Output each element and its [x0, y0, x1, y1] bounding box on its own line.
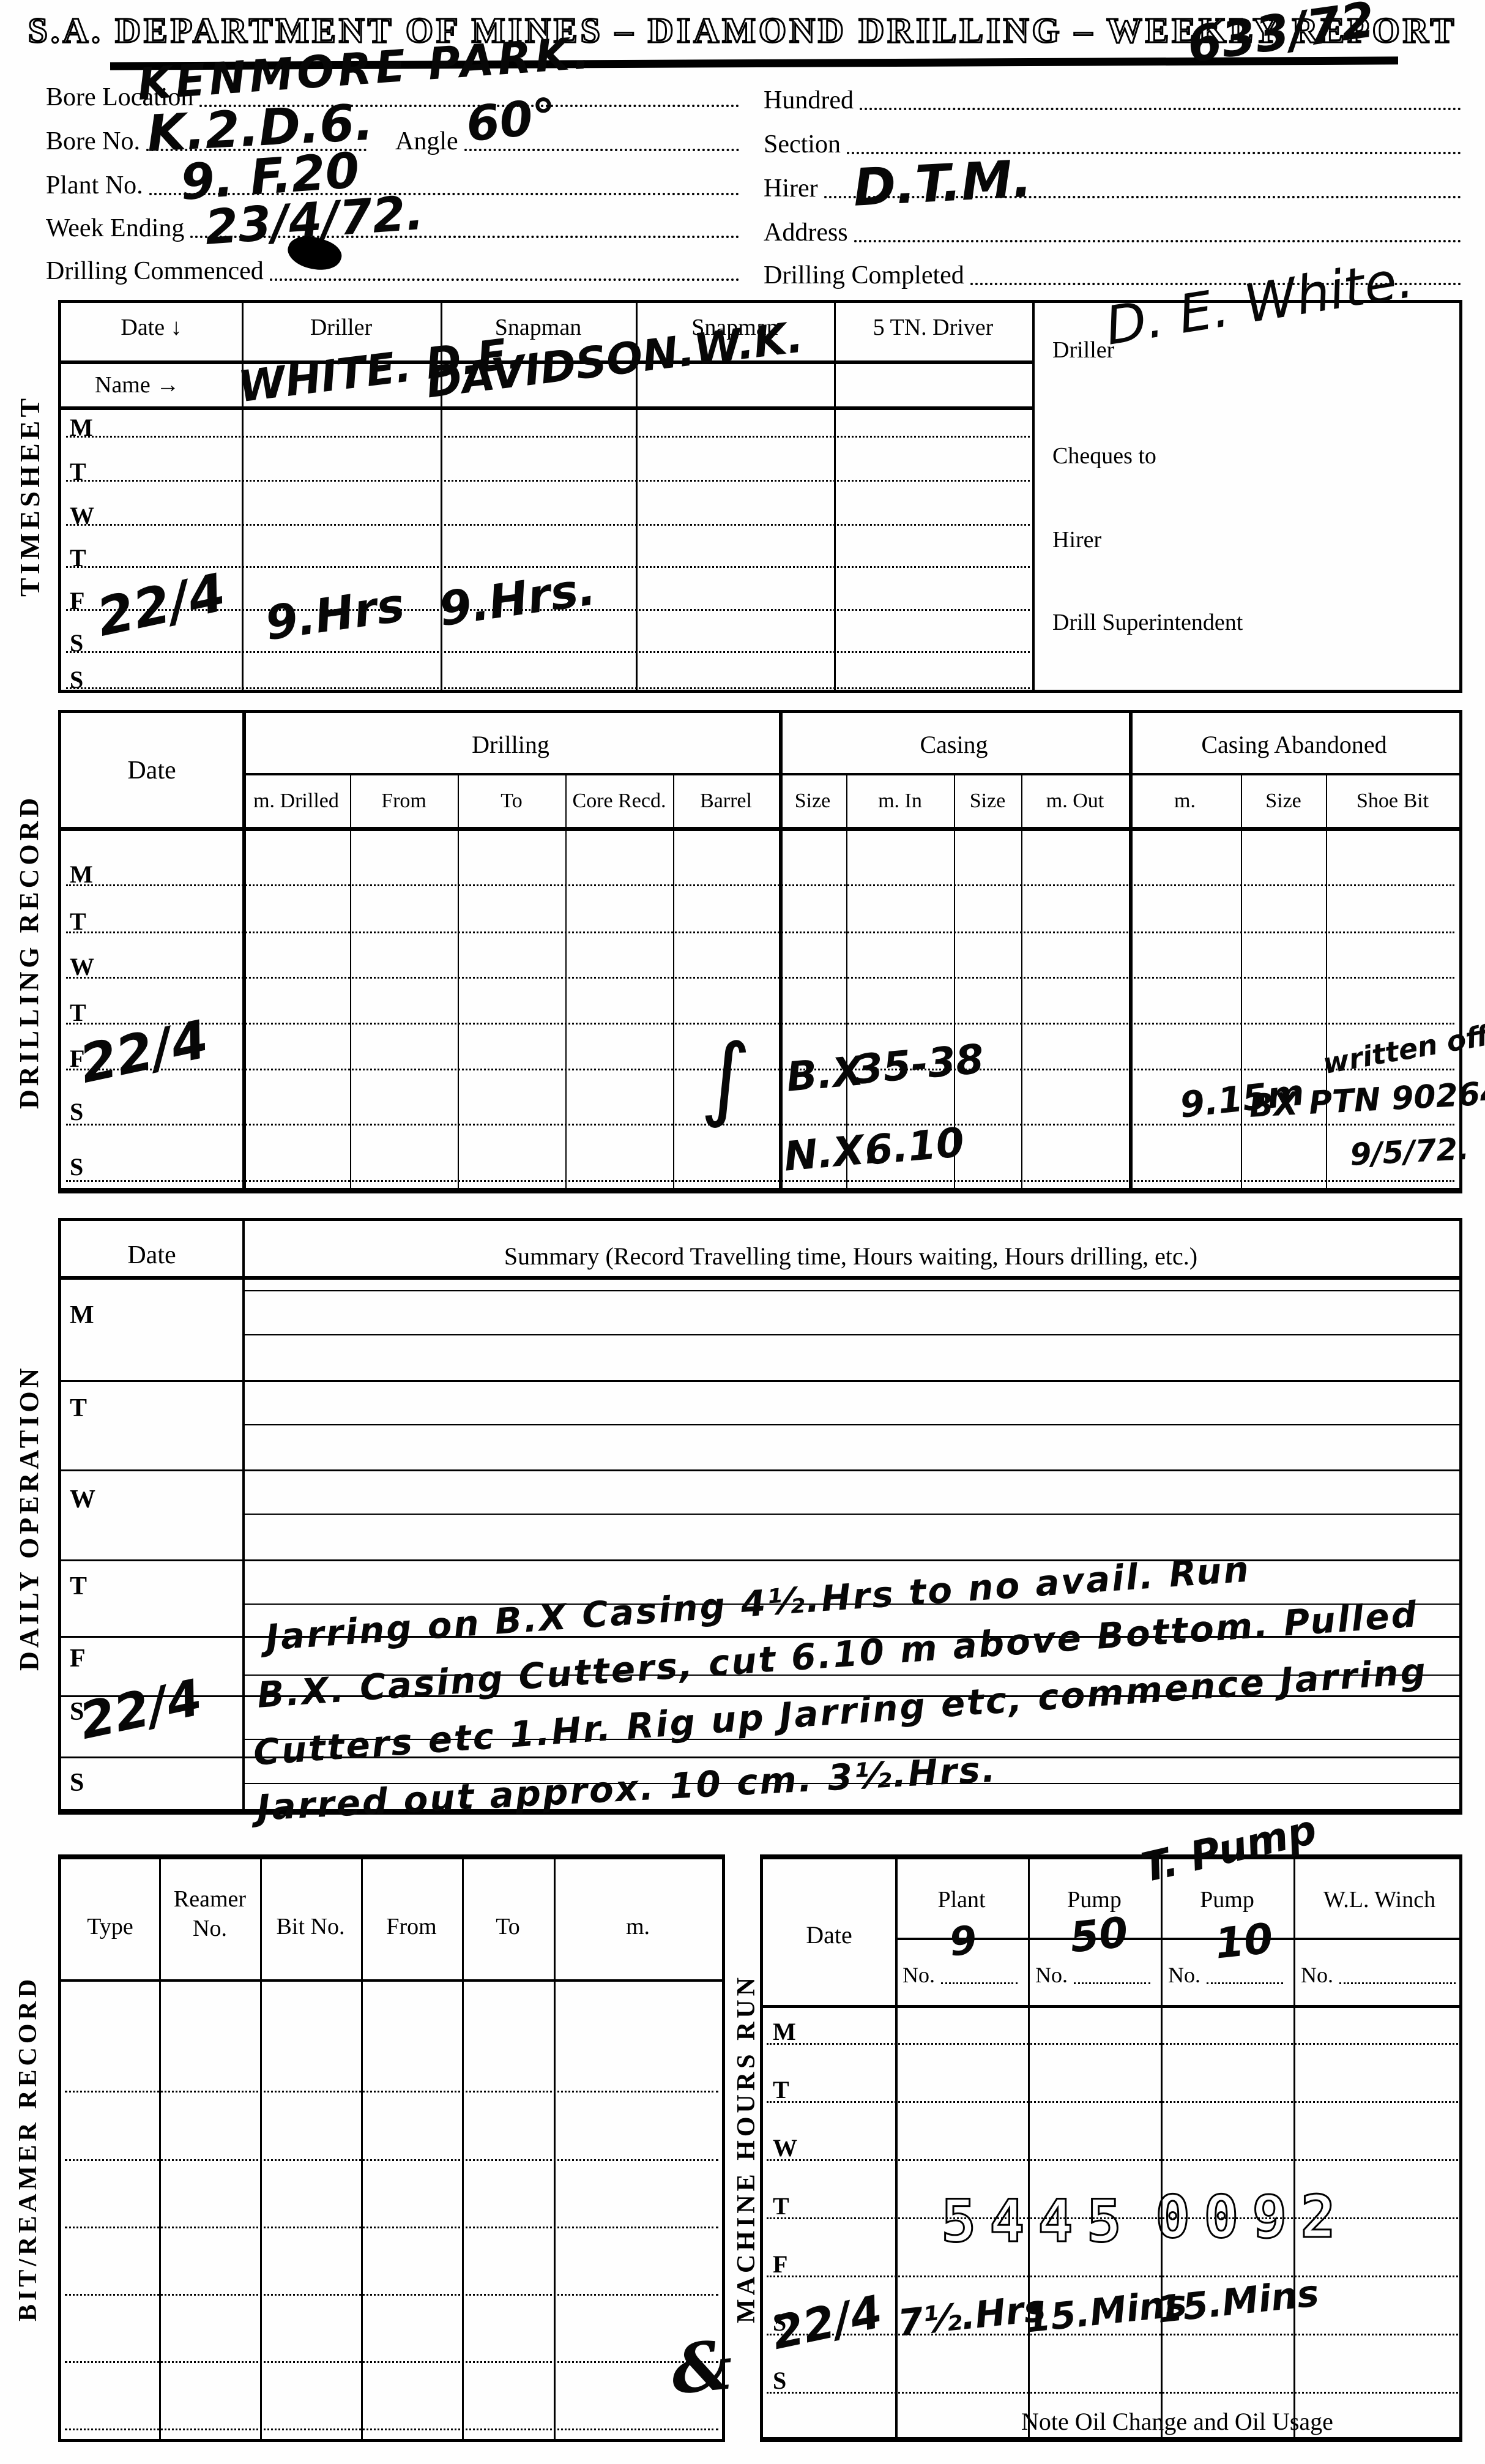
row-line	[767, 2392, 1462, 2394]
divider	[350, 773, 351, 1188]
handwritten-abandoned-date: 9/5/72.	[1349, 1131, 1470, 1173]
drilling-col-m-drilled: m. Drilled	[242, 790, 350, 813]
day-label: W	[773, 2134, 797, 2162]
row-line	[66, 436, 1030, 438]
handwritten-angle: 60°	[464, 89, 559, 153]
drilling-col-from: From	[350, 790, 458, 813]
day-label: M	[70, 860, 93, 889]
daily-operation-section-label: DAILY OPERATION	[13, 1340, 45, 1695]
drilling-record-section-label: DRILLING RECORD	[13, 753, 45, 1151]
day-label: F	[70, 1644, 86, 1673]
panel-hirer-label: Hirer	[1052, 526, 1101, 553]
no-label: No.	[1168, 1962, 1200, 1988]
machine-hours-section-label: MACHINE HOURS RUN	[732, 1928, 761, 2369]
drilling-col-ab-size: Size	[1241, 790, 1326, 813]
divider	[61, 827, 1459, 831]
divider	[462, 1859, 464, 2439]
rule-line	[61, 1380, 1459, 1382]
panel-superintendent-label: Drill Superintendent	[1052, 609, 1243, 636]
row-line	[66, 651, 1030, 653]
divider	[361, 1859, 363, 2439]
day-label: T	[70, 998, 86, 1027]
drilling-commenced-label: Drilling Commenced	[46, 256, 264, 286]
field-address: Address	[764, 218, 1462, 247]
week-ending-label: Week Ending	[46, 214, 184, 243]
divider	[61, 1276, 1459, 1280]
pen-stroke-mark: ∫	[699, 1023, 753, 1132]
machine-hours-col-pump: Pump	[1028, 1886, 1161, 1913]
divider	[1161, 1859, 1163, 2437]
divider	[673, 773, 674, 1188]
machine-hours-col-date: Date	[763, 1921, 895, 1949]
row-line	[65, 2159, 718, 2161]
drilling-group-casing: Casing	[779, 730, 1129, 759]
drilling-col-to: To	[458, 790, 565, 813]
hour-meter-stamp-t-pump: 0092	[1155, 2184, 1349, 2251]
divider	[61, 1979, 722, 1982]
timesheet-section-label: TIMESHEET	[13, 343, 46, 649]
day-label: T	[70, 543, 86, 572]
row-line	[65, 2091, 718, 2093]
bit-reamer-col-type: Type	[61, 1913, 159, 1940]
divider	[1129, 713, 1133, 1188]
field-section: Section	[764, 130, 1462, 159]
daily-col-summary: Summary (Record Travelling time, Hours w…	[242, 1242, 1459, 1271]
drilling-col-m-in: m. In	[846, 790, 954, 813]
divider	[554, 1859, 556, 2439]
bit-reamer-table: Type Reamer No. Bit No. From To m.	[58, 1854, 725, 2442]
day-label: W	[70, 952, 94, 981]
day-label: S	[773, 2366, 786, 2395]
pump-no-field: No.	[1035, 1957, 1152, 1988]
rule-line	[245, 1514, 1459, 1515]
day-label: M	[70, 1301, 94, 1330]
no-label: No.	[1301, 1962, 1333, 1988]
panel-driller-label: Driller	[1052, 337, 1114, 364]
handwritten-plant-no-value: 9	[947, 1917, 979, 1965]
bit-reamer-section-label: BIT/REAMER RECORD	[13, 1928, 43, 2369]
row-line	[66, 1023, 1454, 1025]
row-line	[767, 2275, 1462, 2277]
handwritten-pump-no-value: 50	[1068, 1908, 1130, 1962]
day-label: S	[70, 1097, 83, 1126]
no-label: No.	[1035, 1962, 1068, 1988]
row-line	[66, 977, 1454, 979]
day-label: W	[70, 1485, 95, 1514]
drilling-col-size-2: Size	[954, 790, 1021, 813]
drilling-col-ab-m: m.	[1129, 790, 1241, 813]
divider	[458, 773, 459, 1188]
drilling-group-abandoned: Casing Abandoned	[1129, 730, 1459, 759]
handwritten-casing-m-in-2: 6.10	[863, 1119, 966, 1174]
drilling-col-core-recd: Core Recd.	[565, 790, 673, 813]
day-label: S	[70, 1152, 83, 1181]
row-line	[65, 2429, 718, 2430]
row-line	[65, 2361, 718, 2363]
field-drilling-commenced: Drilling Commenced	[46, 256, 740, 286]
no-line	[1074, 1981, 1150, 1984]
no-line	[1339, 1981, 1456, 1984]
row-line	[767, 2159, 1462, 2161]
machine-hours-col-plant: Plant	[895, 1886, 1028, 1913]
drilling-col-shoe-bit: Shoe Bit	[1326, 790, 1459, 813]
stray-pen-mark: &	[668, 2325, 735, 2409]
drilling-commenced-line	[270, 277, 739, 281]
bit-reamer-col-reamer-no: Reamer No.	[170, 1885, 250, 1943]
day-label: F	[70, 586, 84, 615]
row-line	[767, 2043, 1462, 2045]
day-label: M	[773, 2017, 796, 2046]
day-label: S	[70, 665, 83, 694]
no-line	[1207, 1981, 1283, 1984]
divider	[1028, 1859, 1030, 2437]
handwritten-hirer: D.T.M.	[852, 149, 1033, 218]
bit-reamer-col-from: From	[361, 1913, 462, 1940]
day-label: S	[70, 1768, 84, 1798]
divider	[763, 2005, 1459, 2008]
divider	[779, 713, 783, 1188]
timesheet-name-label: Name →	[95, 371, 179, 398]
hundred-line	[860, 106, 1461, 110]
row-line	[66, 480, 1030, 482]
day-label: T	[70, 1572, 87, 1601]
bit-reamer-col-to: To	[462, 1913, 554, 1940]
drilling-col-size-1: Size	[779, 790, 846, 813]
drilling-col-barrel: Barrel	[673, 790, 779, 813]
rule-line	[245, 1424, 1459, 1425]
address-label: Address	[764, 218, 848, 247]
row-line	[66, 931, 1454, 933]
divider	[565, 773, 567, 1188]
day-label: T	[70, 457, 86, 486]
row-line	[767, 2101, 1462, 2103]
section-label: Section	[764, 130, 841, 159]
divider	[242, 1221, 245, 1809]
divider	[159, 1859, 161, 2439]
hundred-label: Hundred	[764, 86, 854, 115]
rule-line	[245, 1290, 1459, 1291]
drilling-completed-label: Drilling Completed	[764, 261, 964, 290]
row-line	[65, 2227, 718, 2228]
row-line	[66, 884, 1454, 886]
divider	[1021, 773, 1022, 1188]
address-line	[854, 239, 1461, 242]
row-line	[66, 1069, 1454, 1070]
timesheet-col-driver: 5 TN. Driver	[834, 314, 1032, 341]
divider	[1293, 1859, 1295, 2437]
weekly-report-form: { "title": {"text": "S.A. DEPARTMENT OF …	[0, 0, 1485, 2464]
drilling-col-date: Date	[61, 756, 242, 785]
bore-no-label: Bore No.	[46, 127, 140, 156]
divider	[846, 773, 847, 1188]
plant-no-label: Plant No.	[46, 171, 143, 200]
no-label: No.	[903, 1962, 935, 1988]
day-label: W	[70, 501, 94, 530]
hour-meter-stamp-plant: 5445	[941, 2188, 1135, 2255]
timesheet-col-date: Date ↓	[61, 314, 242, 341]
row-line	[65, 2294, 718, 2296]
row-line	[66, 1180, 1454, 1182]
divider	[242, 773, 1459, 775]
day-label: S	[70, 629, 83, 657]
oil-note: Note Oil Change and Oil Usage	[895, 2407, 1459, 2436]
angle-label: Angle	[395, 127, 458, 156]
divider	[1241, 773, 1242, 1188]
bit-reamer-col-m: m.	[554, 1913, 722, 1940]
daily-col-date: Date	[61, 1241, 242, 1270]
panel-cheques-label: Cheques to	[1052, 442, 1156, 469]
day-label: F	[773, 2250, 787, 2279]
bit-reamer-col-bit-no: Bit No.	[260, 1913, 361, 1940]
divider	[61, 406, 1034, 410]
divider	[895, 1859, 898, 2437]
hirer-label: Hirer	[764, 174, 818, 203]
drilling-group-drilling: Drilling	[242, 730, 779, 759]
day-label: T	[773, 2192, 789, 2220]
row-line	[66, 524, 1030, 526]
winch-no-field: No.	[1301, 1957, 1457, 1988]
drilling-col-m-out: m. Out	[1021, 790, 1129, 813]
divider	[895, 1938, 1459, 1940]
no-line	[941, 1981, 1018, 1984]
rule-line	[61, 1469, 1459, 1471]
field-hundred: Hundred	[764, 86, 1462, 115]
row-line	[66, 687, 1030, 689]
divider	[242, 713, 246, 1188]
day-label: T	[70, 907, 86, 936]
day-label: T	[773, 2075, 789, 2104]
machine-hours-col-t-pump: Pump	[1161, 1886, 1293, 1913]
day-label: T	[70, 1394, 87, 1423]
handwritten-t-pump-no-value: 10	[1213, 1914, 1275, 1968]
row-line	[66, 1124, 1454, 1126]
timesheet-col-driller: Driller	[242, 314, 441, 341]
rule-line	[245, 1334, 1459, 1335]
machine-hours-col-winch: W.L. Winch	[1293, 1886, 1465, 1913]
day-label: M	[70, 413, 93, 442]
divider	[1326, 773, 1327, 1188]
divider	[260, 1859, 262, 2439]
